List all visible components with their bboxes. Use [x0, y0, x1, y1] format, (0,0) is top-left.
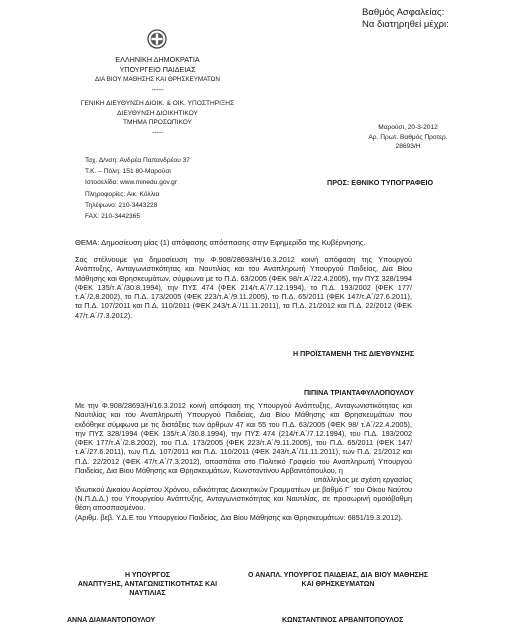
signatory-title: Η ΠΡΟΪΣΤΑΜΕΝΗ ΤΗΣ ΔΙΕΥΘΥΝΣΗΣ	[268, 350, 414, 358]
minister-right-title-line-1: Ο ΑΝΑΠΛ. ΥΠΟΥΡΓΟΣ ΠΑΙΔΕΙΑΣ, ΔΙΑ ΒΙΟΥ ΜΑΘ…	[238, 571, 438, 580]
paragraph-2-right-line: υπάλληλος με σχέση εργασίας	[75, 475, 412, 484]
minister-left-title-line-1: Η ΥΠΟΥΡΓΟΣ	[60, 571, 235, 580]
minister-left-name: ΑΝΝΑ ΔΙΑΜΑΝΤΟΠΟΥΛΟΥ	[67, 617, 155, 624]
protocol-label: Αρ. Πρωτ. Βαθμός Προτερ.	[338, 133, 478, 143]
directorate: ΔΙΕΥΘΥΝΣΗ ΔΙΟΙΚΗΤΙΚΟΥ	[70, 109, 245, 119]
contact-fax: FAX: 210-3442365	[85, 211, 190, 222]
security-level-label: Βαθμός Ασφαλείας:	[362, 7, 449, 19]
republic-name: ΕΛΛΗΝΙΚΗ ΔΗΜΟΚΡΑΤΙΑ	[70, 55, 245, 65]
paragraph-2-part-1: Με την Φ.908/28693/Η/16.3.2012 κοινή από…	[75, 401, 412, 475]
paragraph-2-part-2: Ιδιωτικού Δικαίου Αορίστου Χρόνου, ειδικ…	[75, 485, 412, 513]
recipient: ΠΡΟΣ: ΕΘΝΙΚΟ ΤΥΠΟΓΡΑΦΕΙΟ	[327, 178, 433, 187]
contact-info-person: Πληροφορίες: Αικ. Κόλλια	[85, 189, 190, 200]
subject-line: ΘΕΜΑ: Δημοσίευση μίας (1) απόφασης απόσπ…	[75, 238, 366, 247]
directorate-header: ΓΕΝΙΚΗ ΔΙΕΥΘΥΝΣΗ ΔΙΟΙΚ. & ΟΙΚ. ΥΠΟΣΤΗΡΙΞ…	[70, 99, 245, 137]
minister-left-title-line-2: ΑΝΑΠΤΥΞΗΣ, ΑΝΤΑΓΩΝΙΣΤΙΚΟΤΗΤΑΣ ΚΑΙ	[60, 580, 235, 589]
general-directorate: ΓΕΝΙΚΗ ΔΙΕΥΘΥΝΣΗ ΔΙΟΙΚ. & ΟΙΚ. ΥΠΟΣΤΗΡΙΞ…	[70, 99, 245, 109]
greek-state-emblem-icon	[147, 29, 167, 49]
ministry-name: ΥΠΟΥΡΓΕΙΟ ΠΑΙΔΕΙΑΣ	[70, 65, 245, 75]
body-paragraph-1: Σας στέλνουμε για δημοσίευση την Φ.908/2…	[75, 255, 412, 320]
protocol-number: 28693/Η	[338, 142, 478, 152]
department: ΤΜΗΜΑ ΠΡΟΣΩΠΙΚΟΥ	[70, 118, 245, 128]
contact-website: Ιστοσελίδα: www.minedu.gov.gr	[85, 177, 190, 188]
minister-left-title-line-3: ΝΑΥΤΙΛΙΑΣ	[60, 589, 235, 598]
signatory-name: ΠΙΠΙΝΑ ΤΡΙΑΝΤΑΦΥΛΛΟΠΟΥΛΟΥ	[268, 389, 414, 397]
header-separator: -----	[70, 85, 245, 95]
minister-left-title: Η ΥΠΟΥΡΓΟΣ ΑΝΑΠΤΥΞΗΣ, ΑΝΤΑΓΩΝΙΣΤΙΚΟΤΗΤΑΣ…	[60, 571, 235, 598]
ministry-subtitle: ΔΙΑ ΒΙΟΥ ΜΑΘΗΣΗΣ ΚΑΙ ΘΡΗΣΚΕΥΜΑΤΩΝ	[70, 75, 245, 85]
header-separator-2: -----	[70, 128, 245, 138]
contact-address: Ταχ. Δ/νση: Ανδρέα Παπανδρέου 37	[85, 155, 190, 166]
body-paragraph-2: Με την Φ.908/28693/Η/16.3.2012 κοινή από…	[75, 401, 412, 522]
paragraph-2-note: (Αριθμ. βεβ. Υ.Δ.Ε του Υπουργείου Παιδεί…	[75, 513, 412, 522]
document-meta: Μαρούσι, 20-3-2012 Αρ. Πρωτ. Βαθμός Προτ…	[338, 123, 478, 152]
security-classification: Βαθμός Ασφαλείας: Να διατηρηθεί μέχρι:	[362, 7, 449, 31]
ministry-header: ΕΛΛΗΝΙΚΗ ΔΗΜΟΚΡΑΤΙΑ ΥΠΟΥΡΓΕΙΟ ΠΑΙΔΕΙΑΣ Δ…	[70, 55, 245, 95]
contact-postal: Τ.Κ. – Πόλη: 151 80-Μαρούσι	[85, 166, 190, 177]
contact-info: Ταχ. Δ/νση: Ανδρέα Παπανδρέου 37 Τ.Κ. – …	[85, 155, 190, 222]
minister-right-title-line-2: ΚΑΙ ΘΡΗΣΚΕΥΜΑΤΩΝ	[238, 580, 438, 589]
contact-phone: Τηλέφωνο: 210-3443228	[85, 200, 190, 211]
minister-right-name: ΚΩΝΣΤΑΝΤΙΝΟΣ ΑΡΒΑΝΙΤΟΠΟΥΛΟΣ	[282, 617, 403, 624]
minister-right-title: Ο ΑΝΑΠΛ. ΥΠΟΥΡΓΟΣ ΠΑΙΔΕΙΑΣ, ΔΙΑ ΒΙΟΥ ΜΑΘ…	[238, 571, 438, 589]
retain-until-label: Να διατηρηθεί μέχρι:	[362, 19, 449, 31]
place-date: Μαρούσι, 20-3-2012	[338, 123, 478, 133]
